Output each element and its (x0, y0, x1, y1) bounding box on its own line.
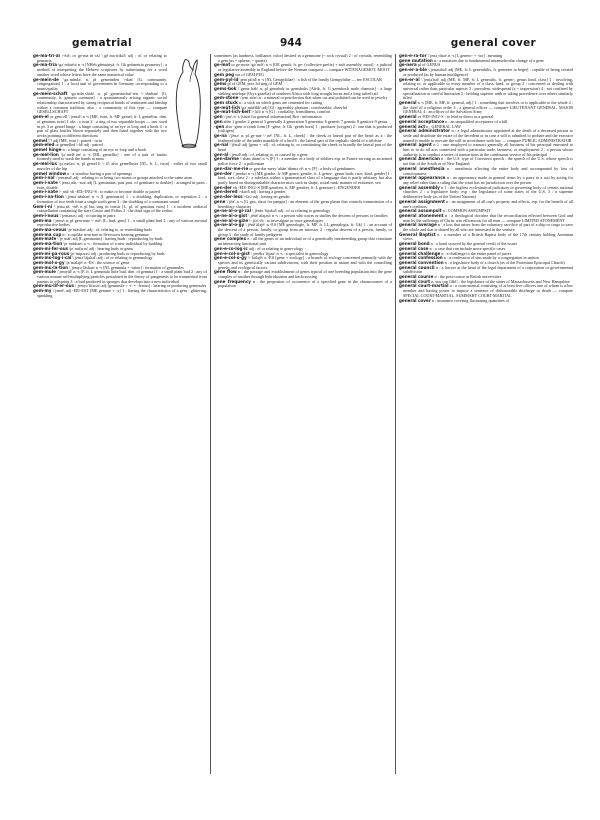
dictionary-entry: general assembly n 1 : the highest eccle… (399, 186, 573, 200)
entry-definition: n : a mutation due to fundamental intram… (434, 58, 544, 63)
entry-definition: also -gene n comb form [F -gène, fr. Gk … (218, 124, 392, 134)
column-right: gen·e·ra·tor \ˈjenəˌrātər\ n -s [L gener… (396, 54, 576, 774)
entry-definition: \ˈzhänˌdärm\ n -s [F] 1 : a member of a … (218, 156, 392, 166)
dictionary-entry: gen·der \ˈjendər\ n -s [ME gendre, fr. M… (214, 172, 392, 186)
guide-word-left: gematrial (72, 37, 132, 49)
dictionary-entry: gem·mule \ˈjemyül\ n -s [F, fr. L gemmul… (33, 270, 207, 284)
dictionary-entry: general cover n : insurance covering flu… (399, 299, 573, 304)
gemel-bottle-illustration (171, 56, 205, 152)
entry-definition: \jəˈmeləs\ n, pl gemel·li \-ˌlī\ also ge… (37, 161, 207, 171)
dictionary-columns: ge·ma·tri·al \-ēəl\ or ge·ma·tri·cal \ˌg… (30, 54, 576, 774)
entry-definition: n -s [ME, fr. MF, fr. general, adj.] 1 :… (403, 100, 573, 114)
entry-definition: or ge·mote \gəˈmōt\ n -s [OE gemōt, fr. … (218, 62, 392, 72)
entry-definition: \ˈjendər\ n -s [ME gendre, fr. MF genre,… (218, 171, 392, 185)
page-header: gematrial 944 general cover (30, 37, 576, 53)
entry-definition: \ˈjeməˌnāt, -nət\ adj [L geminatus, past… (37, 180, 207, 190)
dictionary-entry: general court-martial n : a court-martia… (399, 284, 573, 298)
entry-definition: \ˈjemē\ adj -ER/-EST [ME gemme + -y] 1 :… (37, 288, 207, 298)
dictionary-entry: general administrator n : a legal admini… (399, 129, 573, 143)
entry-definition: \ˈgemzˌbäk\ n, pl gemsbok or gemsboks [A… (218, 86, 392, 96)
dictionary-entry: gen·e·col·o·gy \-ˈkäləjē\ n -ES [gene + … (214, 256, 392, 270)
entry-definition: n : the passage and establishment of gen… (218, 269, 392, 279)
entry-definition: \ˈjēnəl\ adj [gena + -al] : of, relating… (218, 142, 392, 152)
entry-definition: n : insurance covering fluctuating quant… (432, 298, 509, 303)
dictionary-entry: gene frequency n : the proportion of occ… (214, 280, 392, 289)
guide-word-right: general cover (451, 37, 536, 49)
entry-definition: \ˈjēn\ n -s [G gen, short for pangen] : … (218, 199, 392, 209)
page-number: 944 (280, 37, 302, 49)
entry-definition: \ˈjenərəbəl\ adj [ME, fr. L generabilis,… (403, 67, 573, 77)
entry-headword: general cover (399, 298, 431, 303)
column-middle: sometimes (as hardness, brilliance, colo… (210, 54, 396, 774)
dictionary-entry: gen·er·al \ˈjen(ə)rəl\ adj [ME, fr. MF, … (399, 78, 573, 102)
dictionary-entry: ge·ne·al·o·gy \ˌjēnēˈäləjē\ n -ES [ME ge… (214, 223, 392, 237)
column-left: ge·ma·tri·al \-ēəl\ or ge·ma·tri·cal \ˌg… (30, 54, 210, 774)
entry-definition: \ˈjen(ə)rəl\ adj [ME, fr. MF, fr. L gene… (403, 77, 573, 101)
entry-definition: \gəˈmātrēə\ n -s [NHeb gēmaṭriyā, fr. Gk… (37, 62, 167, 76)
entry-definition: \ˈjeməˌnī, -nē\ n pl but sing in constr … (37, 204, 207, 214)
entry-definition: \ˈjemyül\ n -s [F, fr. L gemmula little … (37, 269, 207, 283)
entry-definition: \ˈjemə\ n, pl gem·mae \-ˌmē\ [L, bud, ge… (37, 218, 207, 228)
dictionary-entry: general n -s [ME, fr. MF, fr. general, a… (399, 101, 573, 115)
gemel-bottle-icon (171, 56, 205, 152)
dictionary-entry: general agent n 1 : one employed to tran… (399, 143, 573, 157)
entry-definition: or gem·ell \ˈjeməl\ n -s [ME, twin, fr. … (37, 114, 167, 138)
dictionary-entry: gem·my \ˈjemē\ adj -ER/-EST [ME gemme + … (33, 289, 207, 298)
entry-definition: sometimes (as hardness, brilliance, colo… (214, 54, 392, 63)
entry-definition: \ˌjēnēˈäləjē\ n -ES [ME genealogie, fr. … (218, 222, 392, 236)
entry-definition: \ˈjēnə\ n, pl ge·nae \-ˌnē\ [NL, fr. L, … (218, 133, 392, 143)
